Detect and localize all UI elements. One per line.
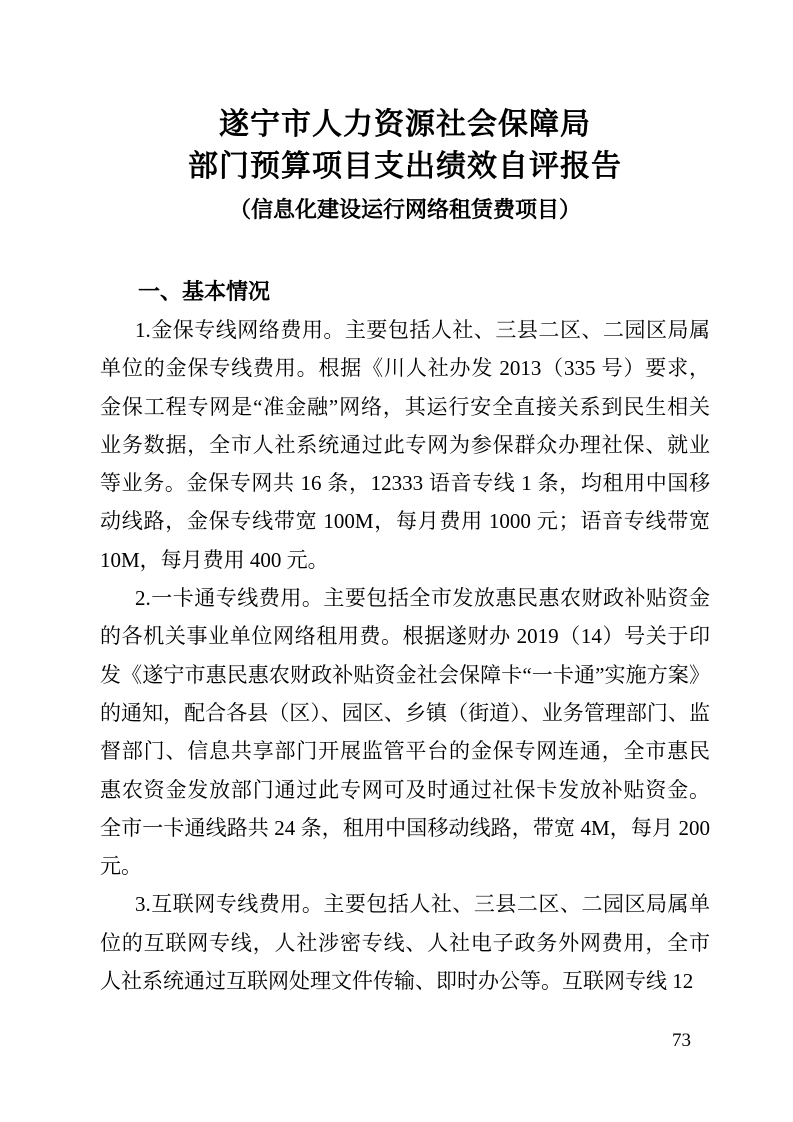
text-line: 的通知，配合各县（区）、园区、乡镇（街道）、业务管理部门、监 xyxy=(100,694,710,732)
section-heading: 一、基本情况 xyxy=(100,276,710,308)
body-paragraphs: 1.金保专线网络费用。主要包括人社、三县二区、二园区局属单位的金保专线费用。根据… xyxy=(100,311,710,1000)
text-line: 业务数据，全市人社系统通过此专网为参保群众办理社保、就业 xyxy=(100,426,710,464)
document-content: 遂宁市人力资源社会保障局 部门预算项目支出绩效自评报告 （信息化建设运行网络租赁… xyxy=(100,0,710,1000)
text-line: 人社系统通过互联网处理文件传输、即时办公等。互联网专线 12 xyxy=(100,962,710,1000)
document-title-line-2: 部门预算项目支出绩效自评报告 xyxy=(100,146,710,188)
text-line: 1.金保专线网络费用。主要包括人社、三县二区、二园区局属 xyxy=(100,311,710,349)
text-line: 等业务。金保专网共 16 条，12333 语音专线 1 条，均租用中国移 xyxy=(100,464,710,502)
text-line: 单位的金保专线费用。根据《川人社办发 2013（335 号）要求， xyxy=(100,349,710,387)
text-line: 3.互联网专线费用。主要包括人社、三县二区、二园区局属单 xyxy=(100,885,710,923)
text-line: 惠农资金发放部门通过此专网可及时通过社保卡发放补贴资金。 xyxy=(100,771,710,809)
text-line: 全市一卡通线路共 24 条，租用中国移动线路，带宽 4M，每月 200 xyxy=(100,809,710,847)
paragraph: 1.金保专线网络费用。主要包括人社、三县二区、二园区局属单位的金保专线费用。根据… xyxy=(100,311,710,579)
text-line: 位的互联网专线，人社涉密专线、人社电子政务外网费用，全市 xyxy=(100,924,710,962)
text-line: 10M，每月费用 400 元。 xyxy=(100,541,710,579)
document-title-line-1: 遂宁市人力资源社会保障局 xyxy=(100,104,710,146)
paragraph: 3.互联网专线费用。主要包括人社、三县二区、二园区局属单位的互联网专线，人社涉密… xyxy=(100,885,710,1000)
text-line: 金保工程专网是“准金融”网络，其运行安全直接关系到民生相关 xyxy=(100,388,710,426)
text-line: 2.一卡通专线费用。主要包括全市发放惠民惠农财政补贴资金 xyxy=(100,579,710,617)
text-line: 动线路，金保专线带宽 100M，每月费用 1000 元；语音专线带宽 xyxy=(100,502,710,540)
text-line: 元。 xyxy=(100,847,710,885)
paragraph: 2.一卡通专线费用。主要包括全市发放惠民惠农财政补贴资金的各机关事业单位网络租用… xyxy=(100,579,710,885)
page-number: 73 xyxy=(672,1028,691,1054)
text-line: 督部门、信息共享部门开展监管平台的金保专网连通，全市惠民 xyxy=(100,732,710,770)
document-subtitle: （信息化建设运行网络租赁费项目） xyxy=(100,194,710,226)
text-line: 的各机关事业单位网络租用费。根据遂财办 2019（14）号关于印 xyxy=(100,617,710,655)
document-page: 遂宁市人力资源社会保障局 部门预算项目支出绩效自评报告 （信息化建设运行网络租赁… xyxy=(0,0,793,1122)
text-line: 发《遂宁市惠民惠农财政补贴资金社会保障卡“一卡通”实施方案》 xyxy=(100,656,710,694)
